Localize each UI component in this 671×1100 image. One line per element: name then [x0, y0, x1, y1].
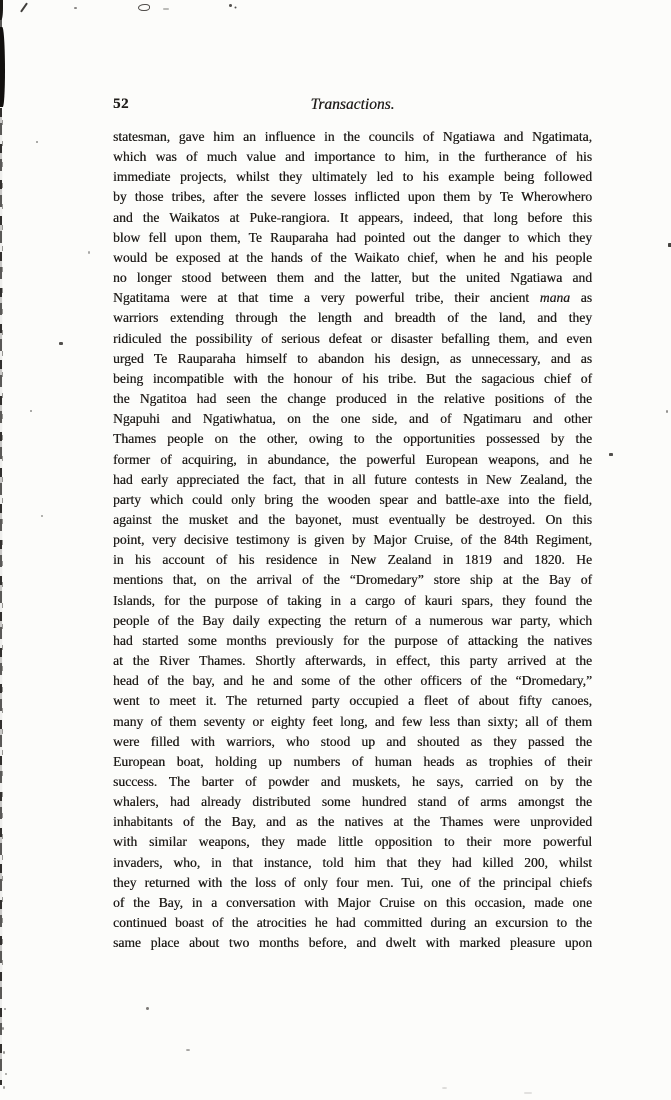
- text-line: had started some months previously for t…: [113, 631, 592, 651]
- text-line: of the Bay, in a conversation with Major…: [113, 893, 592, 913]
- scan-edge-artifact: [0, 27, 5, 107]
- text-line: immediate projects, whilst they ultimate…: [113, 167, 592, 187]
- text-line: same place about two months before, and …: [113, 933, 592, 953]
- text-line: in his account of his residence in New Z…: [113, 550, 592, 570]
- scanned-book-page: 52 Transactions. statesman, gave him an …: [0, 0, 671, 1100]
- scan-speck: [163, 8, 169, 10]
- scan-speck: [30, 410, 32, 412]
- scan-speck: [4, 1008, 6, 1010]
- text-line: they returned with the loss of only four…: [113, 873, 592, 893]
- scan-speck: [59, 342, 63, 345]
- italic-word: mana: [540, 290, 570, 305]
- text-line: which was of much value and importance t…: [113, 147, 592, 167]
- text-line: inhabitants of the Bay, and as the nativ…: [113, 812, 592, 832]
- text-line: and the Waikatos at Puke-rangiora. It ap…: [113, 208, 592, 228]
- text-line: many of them seventy or eighty feet long…: [113, 712, 592, 732]
- text-line: the Ngatitoa had seen the change produce…: [113, 389, 592, 409]
- scan-speck: [3, 1086, 5, 1089]
- text-line: party which could only bring the wooden …: [113, 490, 592, 510]
- text-line: continued boast of the atrocities he had…: [113, 913, 592, 933]
- text-line: had early appreciated the fact, that in …: [113, 470, 592, 490]
- running-header: Transactions.: [113, 96, 592, 114]
- body-text: statesman, gave him an influence in the …: [113, 127, 592, 953]
- text-line: Ngatitama were at that time a very power…: [113, 288, 592, 308]
- scan-edge-artifact: [0, 0, 3, 20]
- scan-speck: [20, 2, 28, 12]
- scan-speck: [146, 1007, 149, 1010]
- text-line: head of the bay, and he and some of the …: [113, 671, 592, 691]
- scan-speck: [609, 453, 613, 456]
- text-line: ridiculed the possibility of serious def…: [113, 329, 592, 349]
- scan-speck: [2, 1027, 4, 1030]
- scan-speck: [3, 1051, 5, 1054]
- text-line: were filled with warriors, who stood up …: [113, 732, 592, 752]
- text-line: Thames people on the other, owing to the…: [113, 429, 592, 449]
- text-line: European boat, holding up numbers of hum…: [113, 752, 592, 772]
- text-line: success. The barter of powder and musket…: [113, 772, 592, 792]
- text-line: blow fell upon them, Te Rauparaha had po…: [113, 228, 592, 248]
- text-line: went to meet it. The returned party occu…: [113, 691, 592, 711]
- scan-speck: [138, 4, 150, 11]
- scan-speck: [666, 410, 668, 413]
- scan-speck: [74, 7, 77, 9]
- scan-speck: [5, 1073, 7, 1075]
- text-line: warriors extending through the length an…: [113, 308, 592, 328]
- text-line: people of the Bay daily expecting the re…: [113, 611, 592, 631]
- scan-speck: [41, 515, 43, 517]
- text-line: Islands, for the purpose of taking in a …: [113, 591, 592, 611]
- text-line: with similar weapons, they made little o…: [113, 832, 592, 852]
- text-line: former of acquiring, in abundance, the p…: [113, 450, 592, 470]
- text-segment: Ngatitama were at that time a very power…: [113, 290, 540, 305]
- text-line: statesman, gave him an influence in the …: [113, 127, 592, 147]
- text-line: whalers, had already distributed some hu…: [113, 792, 592, 812]
- text-line: mentions that, on the arrival of the “Dr…: [113, 570, 592, 590]
- scan-speck: [36, 141, 38, 143]
- scan-speck: [229, 4, 232, 7]
- scan-speck: [88, 251, 90, 254]
- text-line: point, very decisive testimony is given …: [113, 530, 592, 550]
- page-header: 52 Transactions.: [113, 96, 592, 116]
- scan-speck: [524, 1092, 532, 1094]
- text-line: would be exposed at the hands of the Wai…: [113, 248, 592, 268]
- text-segment: as: [570, 290, 592, 305]
- scan-edge-artifact: [2, 120, 3, 980]
- scan-speck: [186, 1049, 190, 1051]
- text-line: urged Te Rauparaha himself to abandon hi…: [113, 349, 592, 369]
- text-line: by those tribes, after the severe losses…: [113, 187, 592, 207]
- text-line: against the musket and the bayonet, must…: [113, 510, 592, 530]
- text-line: being incompatible with the honour of hi…: [113, 369, 592, 389]
- text-line: at the River Thames. Shortly afterwards,…: [113, 651, 592, 671]
- text-line: invaders, who, in that instance, told hi…: [113, 853, 592, 873]
- scan-speck: [442, 1087, 447, 1089]
- text-line: Ngapuhi and Ngatiwhatua, on the one side…: [113, 409, 592, 429]
- text-line: no longer stood between them and the lat…: [113, 268, 592, 288]
